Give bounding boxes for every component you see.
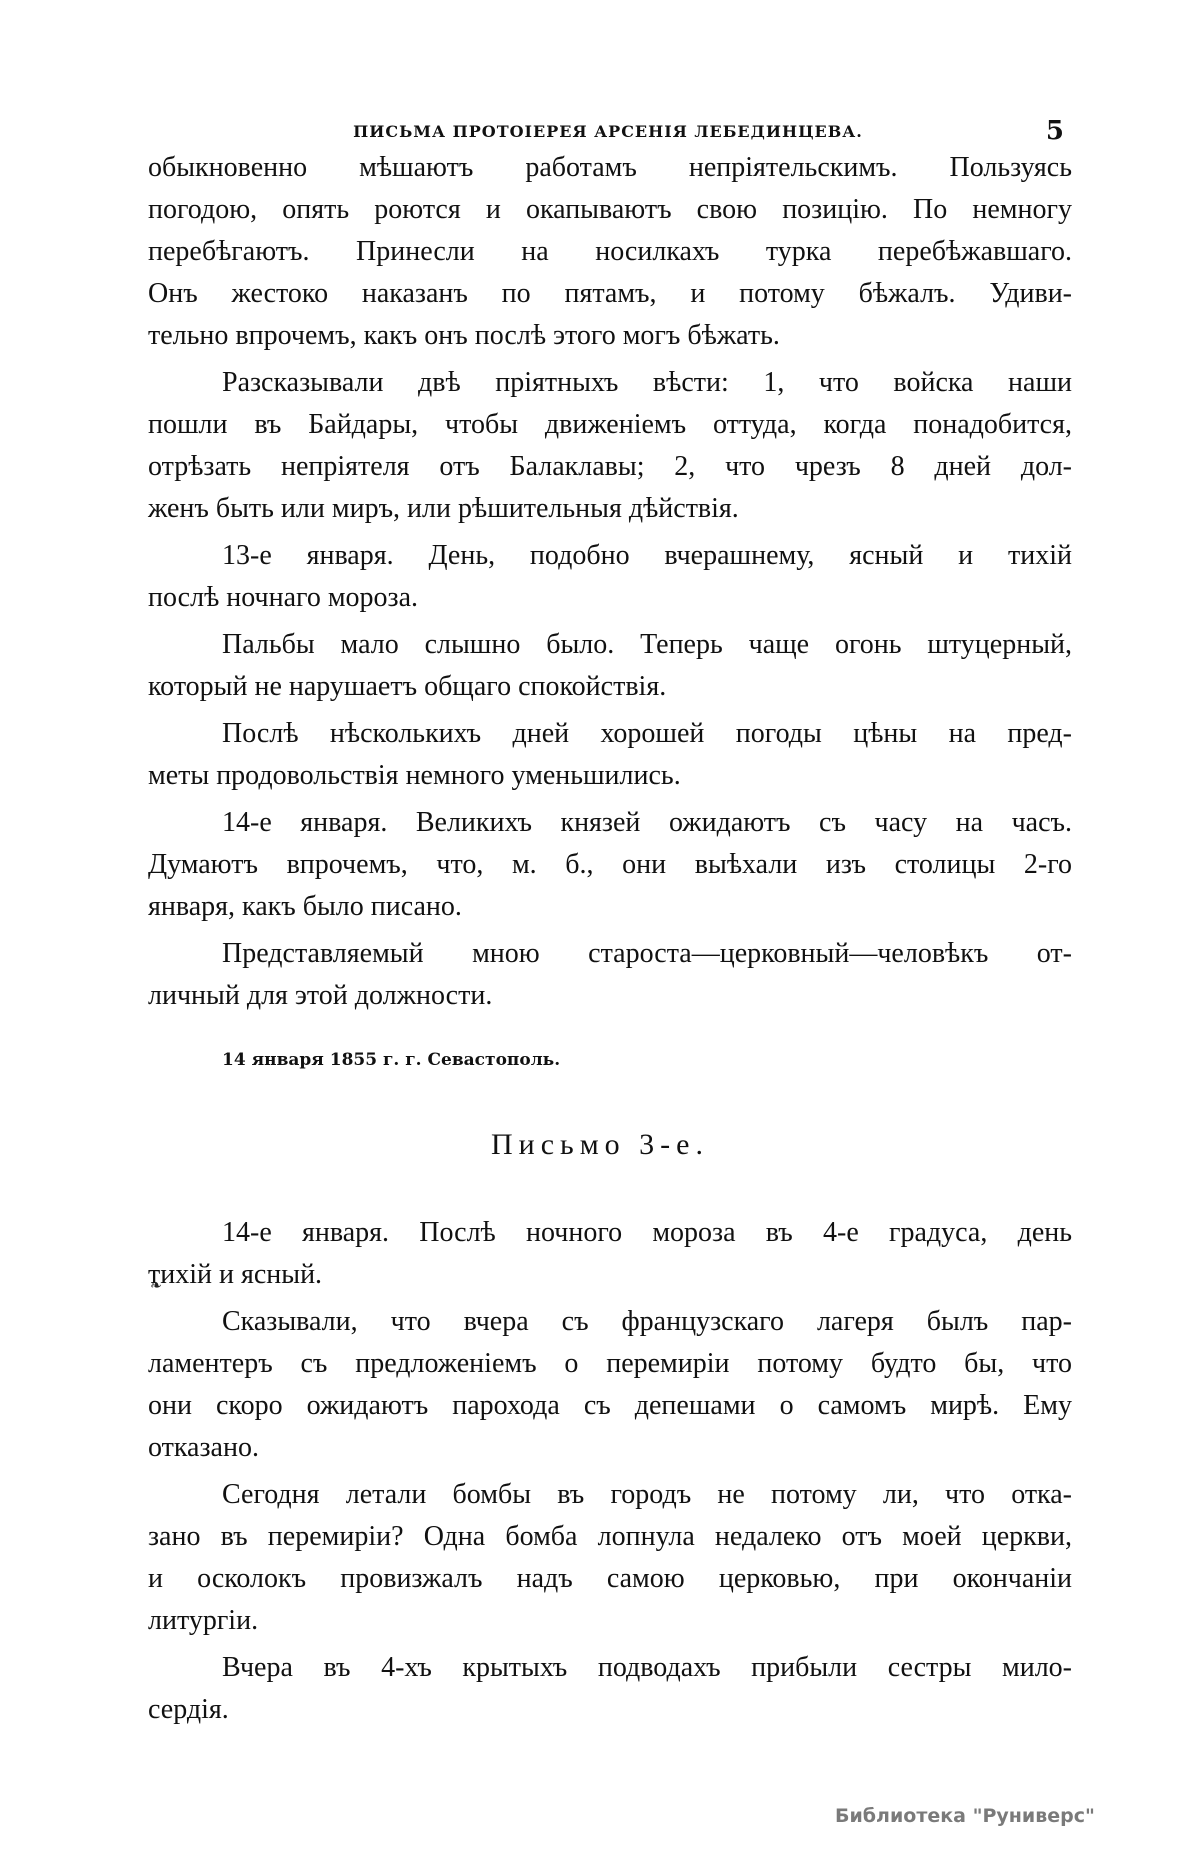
library-watermark: Библиотека "Руниверс"	[835, 1805, 1095, 1827]
text-line: погодою, опять роются и окапываютъ свою …	[148, 192, 1072, 228]
text-line: перебѣгаютъ. Принесли на носилкахъ турка…	[148, 234, 1072, 270]
text-line: 13-е января. День, подобно вчерашнему, я…	[148, 538, 1072, 574]
text-line: и осколокъ провизжалъ надъ самою церковь…	[148, 1561, 1072, 1597]
text-line: Сказывали, что вчера съ французскаго лаг…	[148, 1304, 1072, 1340]
text-line: обыкновенно мѣшаютъ работамъ непріятельс…	[148, 150, 1072, 186]
text-line: Вчера въ 4-хъ крытыхъ подводахъ прибыли …	[148, 1650, 1072, 1686]
text-line: тельно впрочемъ, какъ онъ послѣ этого мо…	[148, 318, 1072, 354]
text-line: Послѣ нѣсколькихъ дней хорошей погоды цѣ…	[148, 716, 1072, 752]
text-line: женъ быть или миръ, или рѣшительныя дѣйс…	[148, 491, 1072, 527]
page-number: 5	[1046, 116, 1064, 146]
text-line: Представляемый мною староста—церковный—ч…	[148, 936, 1072, 972]
text-line: пошли въ Байдары, чтобы движеніемъ оттуд…	[148, 407, 1072, 443]
text-line: личный для этой должности.	[148, 978, 1072, 1014]
text-line: литургіи.	[148, 1603, 1072, 1639]
text-line: отрѣзать непріятеля отъ Балаклавы; 2, чт…	[148, 449, 1072, 485]
text-line: 14-е января. Великихъ князей ожидаютъ съ…	[148, 805, 1072, 841]
letter-signature: 14 января 1855 г. г. Севастополь.	[222, 1050, 560, 1070]
text-line: Сегодня летали бомбы въ городъ не потому…	[148, 1477, 1072, 1513]
running-title: ПИСЬМА ПРОТОІЕРЕЯ АРСЕНІЯ ЛЕБЕДИНЦЕВА.	[308, 122, 908, 141]
text-line: Разсказывали двѣ пріятныхъ вѣсти: 1, что…	[148, 365, 1072, 401]
text-line: 14-е января. Послѣ ночного мороза въ 4-е…	[148, 1215, 1072, 1251]
text-line: Пальбы мало слышно было. Теперь чаще ого…	[148, 627, 1072, 663]
letter-heading: Письмо 3-е.	[0, 1128, 1200, 1162]
text-line: тихій и ясный.	[148, 1257, 1072, 1293]
text-line: который не нарушаетъ общаго спокойствія.	[148, 669, 1072, 705]
text-line: меты продовольствія немного уменьшились.	[148, 758, 1072, 794]
text-line: сердія.	[148, 1692, 1072, 1728]
book-page: ПИСЬМА ПРОТОІЕРЕЯ АРСЕНІЯ ЛЕБЕДИНЦЕВА. 5…	[0, 0, 1200, 1871]
text-line: зано въ перемиріи? Одна бомба лопнула не…	[148, 1519, 1072, 1555]
text-line: Думаютъ впрочемъ, что, м. б., они выѣхал…	[148, 847, 1072, 883]
margin-mark-icon: ❧	[150, 1278, 162, 1294]
text-line: января, какъ было писано.	[148, 889, 1072, 925]
text-line: Онъ жестоко наказанъ по пятамъ, и потому…	[148, 276, 1072, 312]
text-line: они скоро ожидаютъ парохода съ депешами …	[148, 1388, 1072, 1424]
text-line: ламентеръ съ предложеніемъ о перемиріи п…	[148, 1346, 1072, 1382]
text-line: отказано.	[148, 1430, 1072, 1466]
text-line: послѣ ночнаго мороза.	[148, 580, 1072, 616]
